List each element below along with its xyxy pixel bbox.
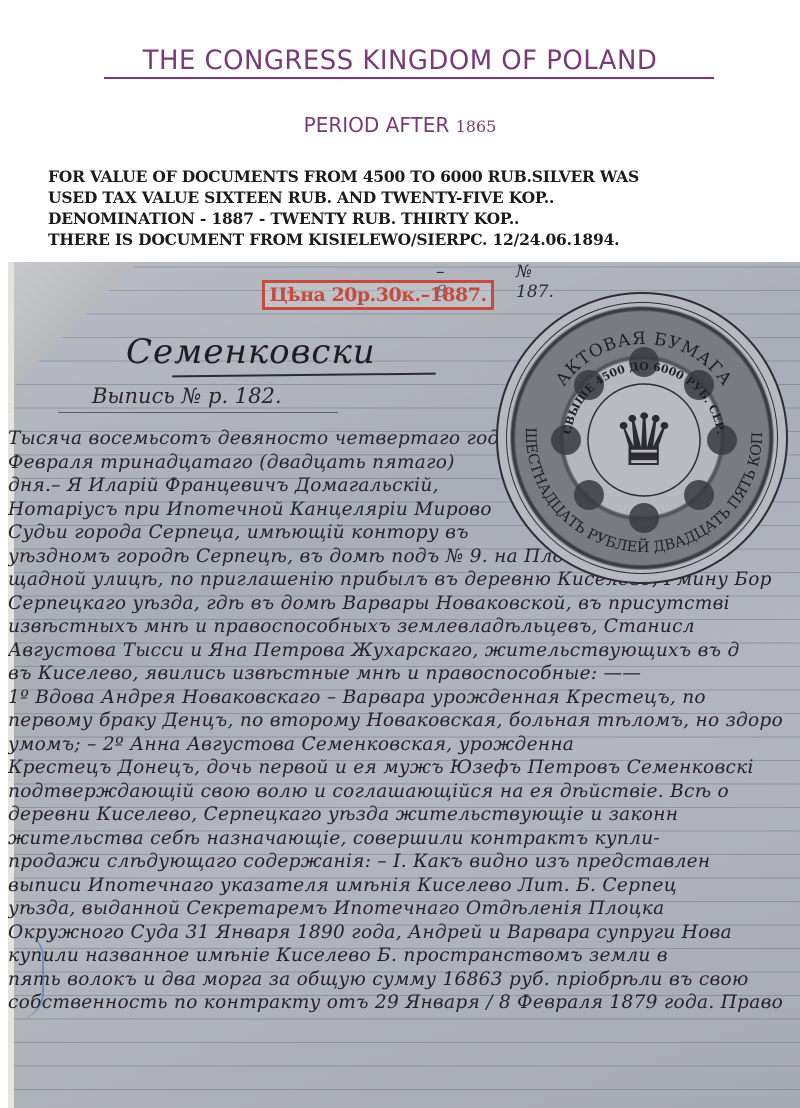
description-line: FOR VALUE OF DOCUMENTS FROM 4500 TO 6000… (48, 166, 788, 187)
handwritten-line: Серпецкаго уѣзда, гдѣ въ домѣ Варвары Но… (8, 592, 800, 616)
handwritten-line: собственность по контракту отъ 29 Января… (8, 991, 800, 1015)
stamped-document-scan: – 8 № 187. Цѣна 20р.30к.–1887. Семенковс… (8, 262, 800, 1108)
entry-underline (58, 412, 338, 413)
description-line: USED TAX VALUE SIXTEEN RUB. AND TWENTY-F… (48, 187, 788, 208)
handwritten-line: продажи слѣдующаго содержанія: – I. Какъ… (8, 850, 800, 874)
handwritten-line: пять волокъ и два морга за общую сумму 1… (8, 968, 800, 992)
entry-number: Выпись № р. 182. (92, 384, 282, 408)
double-headed-eagle-icon: ♛ (594, 388, 694, 492)
handwritten-line: Судьи города Серпеца, имѣющій контору въ (8, 521, 500, 545)
description-line: DENOMINATION - 1887 - TWENTY RUB. THIRTY… (48, 208, 788, 229)
signature: Семенковски (126, 332, 446, 392)
handwritten-line: первому браку Денцъ, по второму Новаковс… (8, 709, 800, 733)
handwritten-line: Тысяча восемьсотъ девяносто четвертаго г… (8, 427, 500, 451)
handwritten-line: Февраля тринадцатаго (двадцать пятаго) (8, 451, 500, 475)
handwritten-line: уѣзда, выданной Секретаремъ Ипотечнаго О… (8, 897, 800, 921)
handwritten-line: извѣстныхъ мнѣ и правоспособныхъ землевл… (8, 615, 800, 639)
tax-seal: АКТОВАЯ БУМАГА СВЫШЕ 4500 ДО 6000 РУБ. С… (496, 292, 788, 584)
handwritten-line: Крестецъ Донецъ, дочь первой и ея мужъ Ю… (8, 756, 800, 780)
description-line: THERE IS DOCUMENT FROM KISIELEWO/SIERPC.… (48, 229, 788, 250)
handwritten-line: купили названное имѣніе Киселево Б. прос… (8, 944, 800, 968)
handwritten-line: Нотаріусъ при Ипотечной Канцеляріи Миров… (8, 498, 500, 522)
handwritten-line: въ Киселево, явились извѣстные мнѣ и пра… (8, 662, 800, 686)
handwritten-line: подтверждающій свою волю и соглашающійся… (8, 780, 800, 804)
subtitle-year: 1865 (456, 117, 497, 136)
handwritten-line: 1º Вдова Андрея Новаковскаго – Варвара у… (8, 686, 800, 710)
description-block: FOR VALUE OF DOCUMENTS FROM 4500 TO 6000… (48, 166, 788, 250)
handwritten-line: деревни Киселево, Серпецкаго уѣзда жител… (8, 803, 800, 827)
price-stamp: Цѣна 20р.30к.–1887. (262, 280, 494, 310)
handwritten-line: умомъ; – 2º Анна Августова Семенковская,… (8, 733, 800, 757)
handwritten-line: жительства себѣ назначающіе, совершили к… (8, 827, 800, 851)
handwritten-line: Августова Тысси и Яна Петрова Жухарскаго… (8, 639, 800, 663)
subtitle-text: PERIOD AFTER (304, 113, 456, 137)
handwritten-line: Окружного Суда 31 Января 1890 года, Андр… (8, 921, 800, 945)
handwritten-line: выписи Ипотечнаго указателя имѣнія Кисел… (8, 874, 800, 898)
blue-handstamp-fragment (16, 930, 44, 1020)
handwritten-line: уѣздномъ городѣ Серпецѣ, въ домѣ подъ № … (8, 545, 568, 569)
handwritten-line: дня.– Я Иларій Францевичъ Домагальскій, (8, 474, 500, 498)
page-title: THE CONGRESS KINGDOM OF POLAND (16, 45, 784, 76)
page-subtitle: PERIOD AFTER 1865 (0, 113, 800, 137)
title-underline (104, 77, 714, 79)
album-page-header: THE CONGRESS KINGDOM OF POLAND PERIOD AF… (0, 0, 800, 255)
